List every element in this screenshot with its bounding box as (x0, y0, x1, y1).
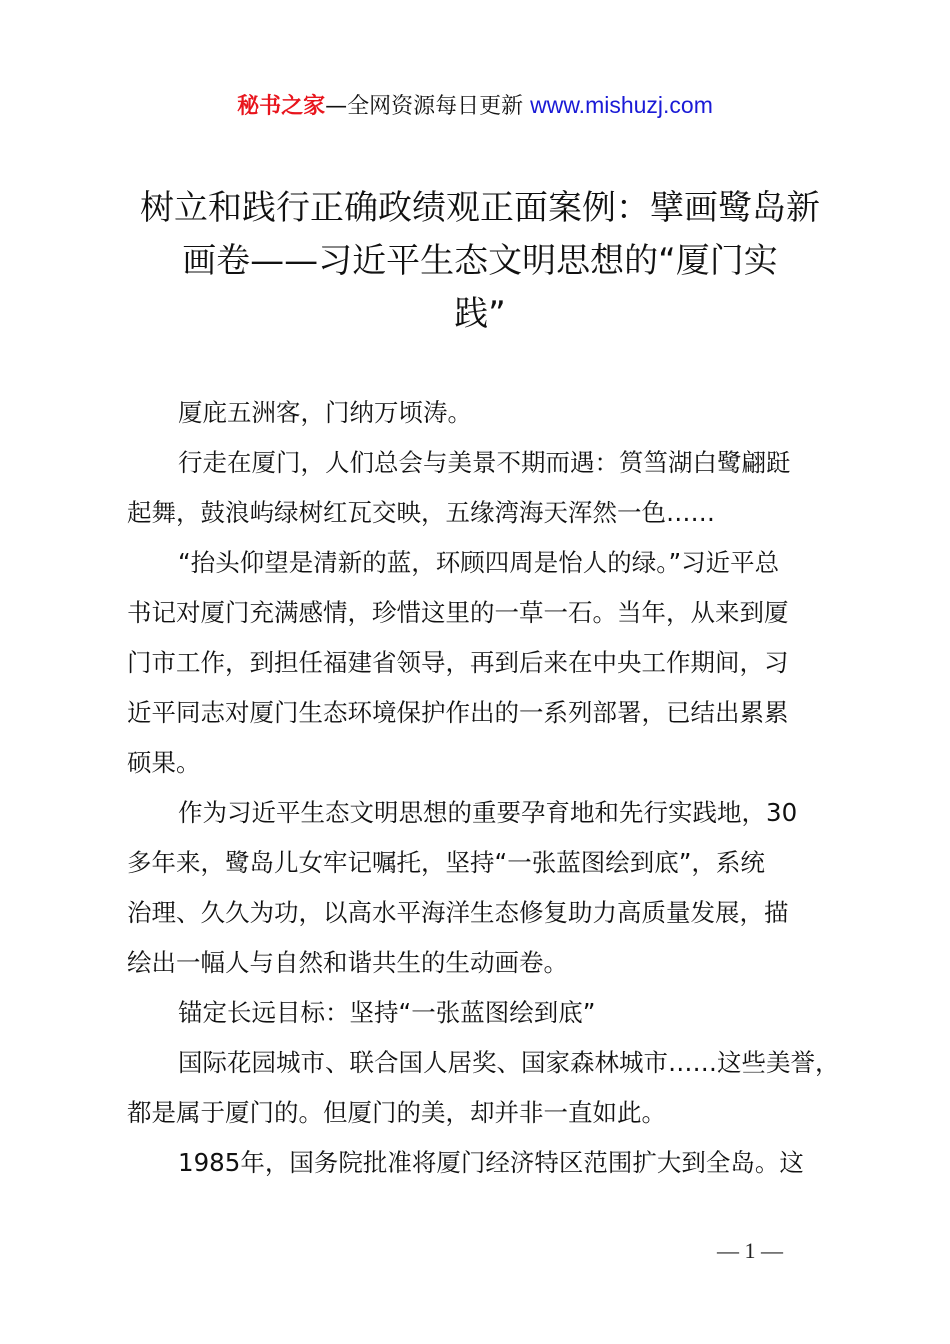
title-line: 践” (100, 288, 860, 341)
body-line: 门市工作，到担任福建省领导，再到后来在中央工作期间，习 (127, 638, 847, 688)
body-line: 作为习近平生态文明思想的重要孕育地和先行实践地，30 (127, 788, 847, 838)
section-heading: 锚定长远目标：坚持“一张蓝图绘到底” (127, 988, 847, 1038)
header-tagline: —全网资源每日更新 (325, 94, 523, 119)
document-body: 厦庇五洲客，门纳万顷涛。 行走在厦门，人们总会与美景不期而遇：筼筜湖白鹭翩跹 起… (127, 388, 847, 1188)
body-line: 书记对厦门充满感情，珍惜这里的一草一石。当年，从来到厦 (127, 588, 847, 638)
title-line: 画卷——习近平生态文明思想的“厦门实 (100, 235, 860, 288)
body-line: 行走在厦门，人们总会与美景不期而遇：筼筜湖白鹭翩跹 (127, 438, 847, 488)
document-title: 树立和践行正确政绩观正面案例：擘画鹭岛新 画卷——习近平生态文明思想的“厦门实 … (100, 182, 860, 341)
body-line: “抬头仰望是清新的蓝，环顾四周是怡人的绿。”习近平总 (127, 538, 847, 588)
body-line: 硕果。 (127, 738, 847, 788)
title-line: 树立和践行正确政绩观正面案例：擘画鹭岛新 (100, 182, 860, 235)
body-line: 治理、久久为功，以高水平海洋生态修复助力高质量发展，描 (127, 888, 847, 938)
brand-name: 秘书之家 (237, 94, 325, 119)
page-number: — 1 — (700, 1238, 800, 1264)
body-line: 都是属于厦门的。但厦门的美，却并非一直如此。 (127, 1088, 847, 1138)
body-line: 厦庇五洲客，门纳万顷涛。 (127, 388, 847, 438)
body-line: 绘出一幅人与自然和谐共生的生动画卷。 (127, 938, 847, 988)
body-line: 起舞，鼓浪屿绿树红瓦交映，五缘湾海天浑然一色…… (127, 488, 847, 538)
site-header-banner: 秘书之家—全网资源每日更新 www.mishuzj.com (0, 88, 950, 124)
body-line: 多年来，鹭岛儿女牢记嘱托，坚持“一张蓝图绘到底”，系统 (127, 838, 847, 888)
body-line: 近平同志对厦门生态环境保护作出的一系列部署，已结出累累 (127, 688, 847, 738)
body-line: 国际花园城市、联合国人居奖、国家森林城市……这些美誉， (127, 1038, 847, 1088)
body-line: 1985年，国务院批准将厦门经济特区范围扩大到全岛。这 (127, 1138, 847, 1188)
website-link[interactable]: www.mishuzj.com (530, 92, 713, 118)
